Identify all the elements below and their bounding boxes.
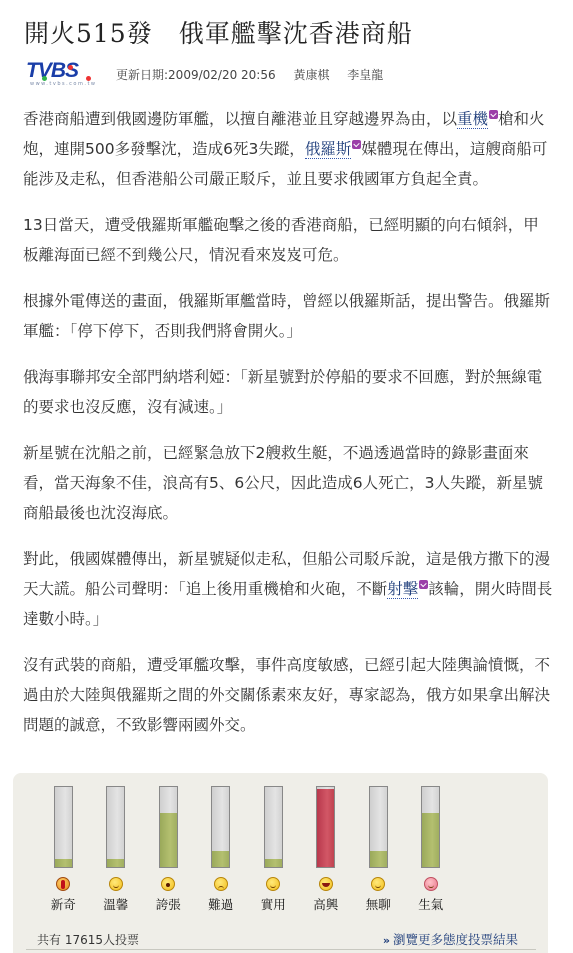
update-date: 更新日期:2009/02/20 20:56	[116, 68, 276, 82]
vote-option-sad[interactable]: 難過	[195, 786, 248, 913]
paragraph-3: 根據外電傳送的畫面，俄羅斯軍艦當時，曾經以俄羅斯話，提出警告。俄羅斯軍艦：「停下…	[23, 286, 553, 346]
vote-label[interactable]: 實用	[261, 895, 286, 913]
warm-face-icon[interactable]	[109, 877, 123, 891]
sad-face-icon[interactable]	[214, 877, 228, 891]
vote-label[interactable]: 溫馨	[103, 895, 128, 913]
paragraph-2: 13日當天，遭受俄羅斯軍艦砲擊之後的香港商船，已經明顯的向右傾斜，甲板離海面已經…	[23, 210, 553, 270]
mood-vote-panel: 新奇 溫馨 誇張 難過 實用 高興 無聊	[13, 773, 548, 953]
vote-bar-fill	[212, 851, 229, 867]
double-chevron-right-icon: »	[383, 934, 390, 947]
vote-bar-fill	[265, 859, 282, 867]
paragraph-1: 香港商船遭到俄國邊防軍艦，以擅自離港並且穿越邊界為由，以重機槍和火炮，連開500…	[23, 104, 553, 194]
vote-total: 共有 17615人投票	[37, 931, 139, 948]
byline: 更新日期:2009/02/20 20:56 黃康棋 李皇龍	[116, 66, 397, 83]
more-vote-results-link[interactable]: »瀏覽更多態度投票結果	[383, 930, 518, 948]
title-part-1: 開火515發	[24, 19, 153, 48]
vote-bar	[54, 786, 73, 868]
keyword-popup-icon[interactable]	[419, 580, 428, 589]
vote-label[interactable]: 新奇	[51, 895, 76, 913]
keyword-link-russia[interactable]: 俄羅斯	[305, 140, 352, 159]
article-body: 香港商船遭到俄國邊防軍艦，以擅自離港並且穿越邊界為由，以重機槍和火炮，連開500…	[23, 104, 553, 756]
vote-bar	[159, 786, 178, 868]
tvbs-logo: TVBS www.tvbs.com.tw	[26, 62, 112, 88]
bored-face-icon[interactable]	[371, 877, 385, 891]
vote-bar-fill	[422, 813, 439, 867]
angry-face-icon[interactable]	[424, 877, 438, 891]
vote-bar	[106, 786, 125, 868]
keyword-link-shooting[interactable]: 射擊	[387, 580, 418, 599]
vote-option-happy[interactable]: 高興	[300, 786, 353, 913]
vote-bar	[421, 786, 440, 868]
vote-bar-fill	[160, 813, 177, 867]
logo-wordmark: TVBS	[26, 59, 78, 83]
article-title: 開火515發俄軍艦擊沈香港商船	[24, 14, 413, 50]
vote-bar	[369, 786, 388, 868]
vote-label[interactable]: 誇張	[156, 895, 181, 913]
keyword-popup-icon[interactable]	[489, 110, 498, 119]
vote-bars: 新奇 溫馨 誇張 難過 實用 高興 無聊	[37, 786, 457, 913]
reporter-1: 黃康棋	[293, 68, 329, 82]
vote-bar	[316, 786, 335, 868]
vote-bar	[211, 786, 230, 868]
keyword-popup-icon[interactable]	[352, 140, 361, 149]
vote-bar-fill	[107, 859, 124, 867]
paragraph-6: 對此，俄國媒體傳出，新星號疑似走私，但船公司駁斥說，這是俄方撒下的漫天大謊。船公…	[23, 544, 553, 634]
vote-label[interactable]: 無聊	[366, 895, 391, 913]
vote-option-novel[interactable]: 新奇	[37, 786, 90, 913]
logo-dot-icon	[68, 65, 73, 70]
vote-label[interactable]: 高興	[313, 895, 338, 913]
vote-bar-fill	[55, 859, 72, 867]
vote-option-warm[interactable]: 溫馨	[90, 786, 143, 913]
vote-bar-fill	[370, 851, 387, 867]
wink-face-icon[interactable]	[266, 877, 280, 891]
logo-url: www.tvbs.com.tw	[30, 81, 97, 87]
paragraph-5: 新星號在沈船之前，已經緊急放下2艘救生艇，不過透過當時的錄影畫面來看，當天海象不…	[23, 438, 553, 528]
vote-bar-fill	[317, 789, 334, 867]
vote-option-angry[interactable]: 生氣	[405, 786, 458, 913]
paragraph-7: 沒有武裝的商船，遭受軍艦攻擊，事件高度敏感，已經引起大陸輿論憤慨，不過由於大陸與…	[23, 650, 553, 740]
happy-face-icon[interactable]	[319, 877, 333, 891]
vote-label[interactable]: 生氣	[418, 895, 443, 913]
paragraph-4: 俄海事聯邦安全部門納塔利婭：「新星號對於停船的要求不回應，對於無線電的要求也沒反…	[23, 362, 553, 422]
keyword-link-heavy-machine[interactable]: 重機	[457, 110, 488, 129]
article-meta: TVBS www.tvbs.com.tw 更新日期:2009/02/20 20:…	[26, 62, 397, 88]
novel-face-icon[interactable]	[56, 877, 70, 891]
divider	[26, 949, 536, 950]
vote-option-exaggerated[interactable]: 誇張	[142, 786, 195, 913]
vote-label[interactable]: 難過	[208, 895, 233, 913]
reporter-2: 李皇龍	[347, 68, 383, 82]
vote-bar	[264, 786, 283, 868]
shocked-face-icon[interactable]	[161, 877, 175, 891]
vote-option-bored[interactable]: 無聊	[352, 786, 405, 913]
vote-option-useful[interactable]: 實用	[247, 786, 300, 913]
title-part-2: 俄軍艦擊沈香港商船	[179, 19, 413, 48]
